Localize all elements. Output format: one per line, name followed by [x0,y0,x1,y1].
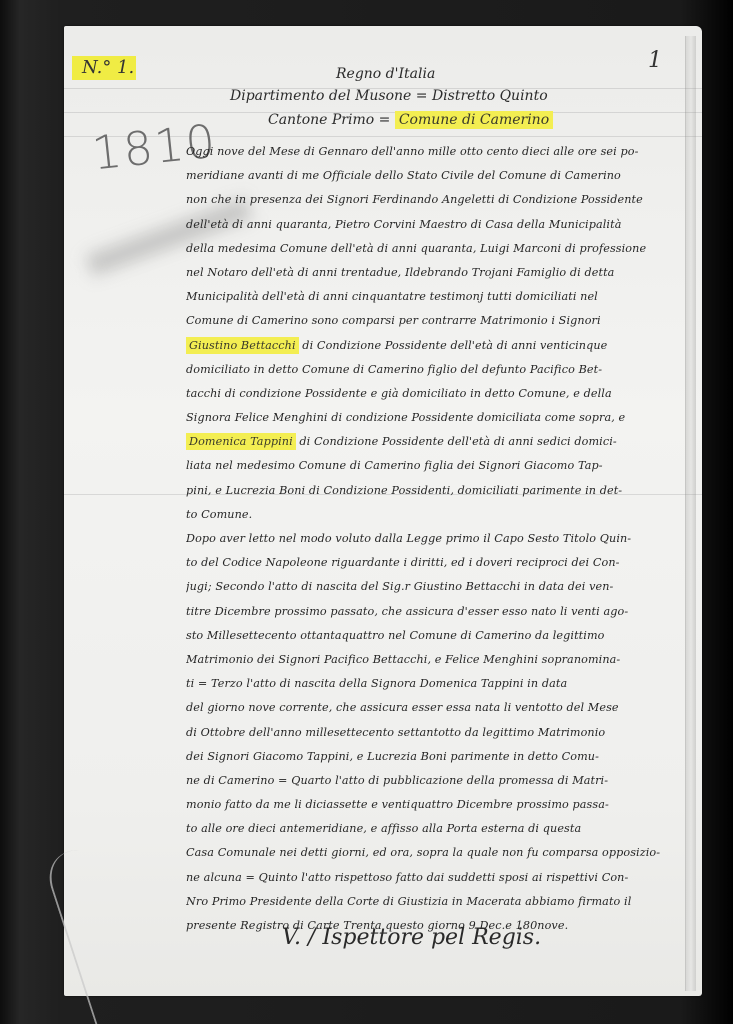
record-line: titre Dicembre prossimo passato, che ass… [186,600,686,624]
record-line: dei Signori Giacomo Tappini, e Lucrezia … [186,745,686,769]
record-line: Domenica Tappini di Condizione Possident… [186,430,686,454]
record-line-text: nel Notaro dell'età di anni trentadue, I… [186,266,614,279]
record-line-text: to alle ore dieci antemeridiane, e affis… [186,822,581,835]
record-line-text: jugi; Secondo l'atto di nascita del Sig.… [186,580,613,593]
record-line: to Comune. [186,503,686,527]
record-line: tacchi di condizione Possidente e già do… [186,382,686,406]
record-line: sto Millesettecento ottantaquattro nel C… [186,624,686,648]
record-line-text: sto Millesettecento ottantaquattro nel C… [186,629,605,642]
header-canton-prefix: Cantone Primo = [268,112,390,128]
record-line-text: della medesima Comune dell'età di anni q… [186,242,646,255]
header-department: Dipartimento del Musone = Distretto Quin… [230,88,548,104]
record-line-text: ne di Camerino = Quarto l'atto di pubbli… [186,774,608,787]
signature: V. / Ispettore pel Regis. [282,925,541,950]
record-line-text: di Ottobre dell'anno millesettecento set… [186,726,605,739]
record-line: ne di Camerino = Quarto l'atto di pubbli… [186,769,686,793]
record-line: di Ottobre dell'anno millesettecento set… [186,721,686,745]
record-line-text: ne alcuna = Quinto l'atto rispettoso fat… [186,871,628,884]
highlighted-name: Giustino Bettacchi [186,337,299,354]
record-line-text: to del Codice Napoleone riguardante i di… [186,556,620,569]
record-line: Signora Felice Menghini di condizione Po… [186,406,686,430]
record-line-text: Signora Felice Menghini di condizione Po… [186,411,625,424]
record-line-text: Matrimonio dei Signori Pacifico Bettacch… [186,653,620,666]
record-line: del giorno nove corrente, che assicura e… [186,696,686,720]
record-line: liata nel medesimo Comune di Camerino fi… [186,454,686,478]
record-line: to del Codice Napoleone riguardante i di… [186,551,686,575]
record-line-text: liata nel medesimo Comune di Camerino fi… [186,459,603,472]
record-line-text: meridiane avanti di me Officiale dello S… [186,169,621,182]
record-line-text: to Comune. [186,508,252,521]
record-line: ne alcuna = Quinto l'atto rispettoso fat… [186,866,686,890]
record-line-text: del giorno nove corrente, che assicura e… [186,701,619,714]
record-line-text: pini, e Lucrezia Boni di Condizione Poss… [186,484,622,497]
record-line-text: Casa Comunale nei detti giorni, ed ora, … [186,846,660,859]
record-line: dell'età di anni quaranta, Pietro Corvin… [186,213,686,237]
record-line: pini, e Lucrezia Boni di Condizione Poss… [186,479,686,503]
record-line-text: Nro Primo Presidente della Corte di Gius… [186,895,631,908]
record-line-text: Municipalità dell'età di anni cinquantat… [186,290,598,303]
record-line-text: domiciliato in detto Comune di Camerino … [186,363,602,376]
record-line-text: non che in presenza dei Signori Ferdinan… [186,193,643,206]
record-line: to alle ore dieci antemeridiane, e affis… [186,817,686,841]
record-line: domiciliato in detto Comune di Camerino … [186,358,686,382]
record-line-text: Dopo aver letto nel modo voluto dalla Le… [186,532,631,545]
record-line: Casa Comunale nei detti giorni, ed ora, … [186,841,686,865]
record-line: jugi; Secondo l'atto di nascita del Sig.… [186,575,686,599]
record-line-text: dei Signori Giacomo Tappini, e Lucrezia … [186,750,599,763]
record-line-text: di Condizione Possidente dell'età di ann… [296,435,617,448]
record-line-text: dell'età di anni quaranta, Pietro Corvin… [186,218,621,231]
record-line: ti = Terzo l'atto di nascita della Signo… [186,672,686,696]
record-line: della medesima Comune dell'età di anni q… [186,237,686,261]
record-line-text: Comune di Camerino sono comparsi per con… [186,314,601,327]
record-line: Giustino Bettacchi di Condizione Posside… [186,334,686,358]
record-line-text: ti = Terzo l'atto di nascita della Signo… [186,677,567,690]
page-number: 1 [648,48,662,73]
record-line-text: di Condizione Possidente dell'età di ann… [299,339,608,352]
record-line: Comune di Camerino sono comparsi per con… [186,309,686,333]
header-canton: Cantone Primo = Comune di Camerino [268,112,553,128]
record-line: meridiane avanti di me Officiale dello S… [186,164,686,188]
folio-number-highlight: N.° 1. [72,56,136,80]
record-line: Oggi nove del Mese di Gennaro dell'anno … [186,140,686,164]
highlighted-name: Domenica Tappini [186,433,296,450]
record-line: Dopo aver letto nel modo voluto dalla Le… [186,527,686,551]
record-line: non che in presenza dei Signori Ferdinan… [186,188,686,212]
record-line-text: Oggi nove del Mese di Gennaro dell'anno … [186,145,638,158]
page-edge [685,36,696,991]
record-line: Matrimonio dei Signori Pacifico Bettacch… [186,648,686,672]
header-kingdom: Regno d'Italia [336,66,435,82]
record-line-text: monio fatto da me li diciassette e venti… [186,798,609,811]
record-line: nel Notaro dell'età di anni trentadue, I… [186,261,686,285]
highlight-comune: Comune di Camerino [395,111,553,129]
record-line: monio fatto da me li diciassette e venti… [186,793,686,817]
record-line-text: titre Dicembre prossimo passato, che ass… [186,605,628,618]
record-line: Nro Primo Presidente della Corte di Gius… [186,890,686,914]
record-body: Oggi nove del Mese di Gennaro dell'anno … [186,140,686,938]
record-line: Municipalità dell'età di anni cinquantat… [186,285,686,309]
folio-number: N.° 1. [72,56,136,80]
record-line-text: tacchi di condizione Possidente e già do… [186,387,612,400]
